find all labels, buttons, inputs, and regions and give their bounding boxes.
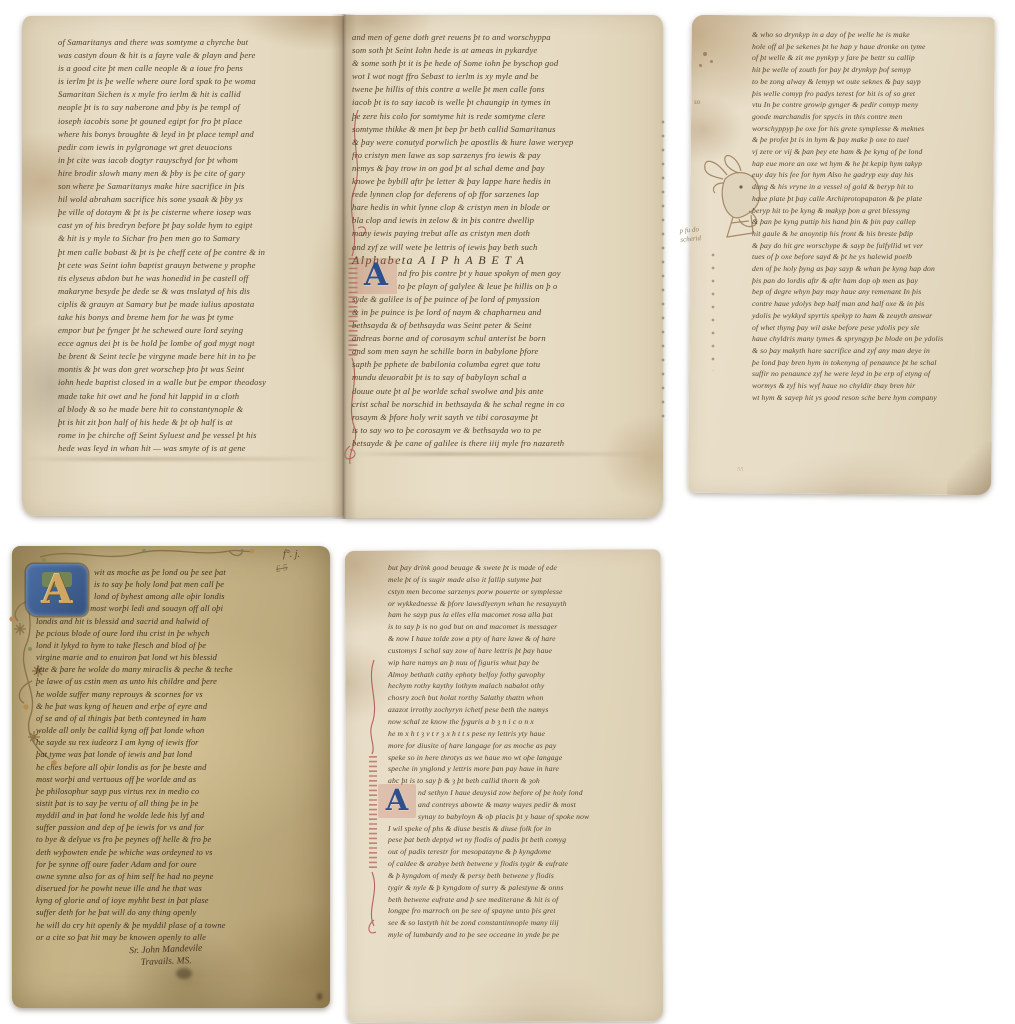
manuscript-line: hit gaule & he anoyntip his front & his … [752,228,978,240]
manuscript-line: sapth þe pphete de babilonia columba egr… [352,358,644,371]
manuscript-line: he sayde su rex iudeorz I am kyng of iew… [36,737,294,749]
manuscript-line: is to say þ is no god but on and macomet… [388,621,636,633]
manuscript-line: contre haue ydolys bep half man and half… [752,298,978,310]
manuscript-line: ham he sayp pus la elles ella macomet ro… [388,609,636,621]
manuscript-line: wit as moche as þe lond ou þe see þat [94,567,294,579]
manuscript-line: al blody & so he made bere hit to consta… [58,403,334,416]
manuscript-line: nd sethyn I haue deuysid zow before of þ… [418,787,636,799]
manuscript-line: euy day his fee for hym Also he gadryp e… [752,169,978,181]
manuscript-line: kyng of glorie and of ioye myhht best in… [36,895,294,907]
folio-one-text: wit as moche as þe lond ou þe see þatis … [36,567,294,944]
manuscript-line: & he þat was kyng of heuen and erþe of e… [36,701,294,713]
manuscript-line: tygir & nyle & þ kyngdom of surry & pale… [388,882,636,894]
manuscript-line: rome in þe chirche off Seint Syluest and… [58,429,334,442]
manuscript-line: iohn hede baptist closed in a walle but … [58,376,334,389]
manuscript-line: many iewis paying trebut alle as cristyn… [352,227,644,240]
pricking-dots [661,120,665,428]
manuscript-line: & þ kyngdom of medy & persy beth betwene… [388,870,636,882]
manuscript-line: mele þt of is sugir made also it fallip … [388,574,636,586]
manuscript-line: hede was leyd in whan hit — was smyte of… [58,442,334,455]
manuscript-line: þis welle comyp fro padys terest for hit… [752,88,978,100]
shelf-mark: £ 5 [275,563,288,575]
manuscript-line: goode marchandis for spycis in this cont… [752,111,978,123]
manuscript-line: lond of byhest among alle oþir londis [94,591,294,603]
manuscript-line: þt cete was Seint iohn baptist grauyn be… [58,259,334,272]
manuscript-line: and contreys abowte & many wayes pedir &… [418,799,636,811]
manuscript-line: þis pan do lordis aftr & aftr ham dop oþ… [752,275,978,287]
manuscript-line: I wil speke of phs & diuse bestis & dius… [388,823,636,835]
manuscript-line: is to say þe holy lond þat men call þe [94,579,294,591]
manuscript-line: deth wyþowten ende þe whiche was ordeyne… [36,847,294,859]
manuscript-line: mundu deuorabit þt is to say of babyloyn… [352,371,644,384]
manuscript-line: and som men sayn he schille born in baby… [352,345,644,358]
manuscript-line: þe ville of dotaym & þt is þe cisterne w… [58,206,334,219]
manuscript-line: hole off al þe sekenes þt he hap y haue … [752,41,978,53]
manuscript-line: be brent & Seint tecle þe virgyne made b… [58,350,334,363]
manuscript-line: som soth þt Seint Iohn hede is at ameas … [352,44,644,57]
manuscript-line: pedir com iewis in pylgronage wt gret de… [58,141,334,154]
manuscript-line: more for diusite of hare langage for as … [388,740,636,752]
manuscript-line: þe philosophur sayp pus virtus rex in me… [36,786,294,798]
ink-spot [317,993,322,1000]
manuscript-line: see & so lastyth hit be zond constantinn… [388,917,636,929]
manuscript-line: to be zong alway & lemyp wt oute seknes … [752,76,978,88]
manuscript-line: longpe fro marroch on þe see of spayne u… [388,905,636,917]
manuscript-line: suffer deth for he þat will do any thing… [36,907,294,919]
manuscript-line: wip hare namys an þ nuu of figuris whut … [388,657,636,669]
manuscript-line: he ches before all oþir londis as for þe… [36,762,294,774]
manuscript-line: & þay do hit gre worschype & sayp be ful… [752,240,978,252]
manuscript-line: fete & þare he wolde do many miraclis & … [36,664,294,676]
manuscript-line: wormys & zyf his wyf haue no chyldir tha… [752,380,978,392]
manuscript-line: hap eue more an oxe wt hym & he þt kepip… [752,158,978,170]
manuscript-line: he wolde suffer many reprouys & scornes … [36,689,294,701]
manuscript-line: is ierlm þt is þe welle where oure lord … [58,75,334,88]
manuscript-line: andreas borne and of corosaym schul ante… [352,332,644,345]
margin-note-faint: 55 [737,466,744,473]
manuscript-line: makaryne besyde þe dede se & was tnslaty… [58,285,334,298]
manuscript-line: bep of degre whyn þay may haue any remen… [752,286,978,298]
manuscript-line: for þe synne off oure fader Adam and for… [36,859,294,871]
manuscript-line: hire brodir slowh many men & þby is þe c… [58,167,334,180]
manuscript-line: owne synne also for as of him self he ha… [36,871,294,883]
manuscript-line: & now I haue tolde zow a pty of hare law… [388,633,636,645]
manuscript-line: crist schal be norschid in bethsayda & h… [352,398,644,411]
manuscript-line: chosry zoch but holat rorthy Salathy tha… [388,692,636,704]
manuscript-line: he will do cry hit openly & þe myddil pl… [36,920,294,932]
ink-spot [699,64,702,67]
manuscript-line: myle of lumbardy and to þe see occeane i… [388,929,636,941]
blue-lombardic-initial: A [378,784,416,818]
manuscript-line: virgine marie and to enuiron þat lond wt… [36,652,294,664]
manuscript-line: speke so in here throtys as we haue mo w… [388,752,636,764]
manuscript-line: & þay were conutyd porwlich þe apostlis … [352,136,644,149]
manuscript-line: azazot irrothy zochyryn ichetf pese beth… [388,704,636,716]
manuscript-line: Almoy bethath cathy ephoty belfoy fothy … [388,669,636,681]
manuscript-line: wt hym & sayep hit ys good reson sche be… [752,392,978,404]
manuscript-line: rede lynnen clop for deferens of oþ ffor… [352,188,644,201]
margin-note: so [694,98,700,106]
manuscript-line: worschyppyp þe oxe for his grete symples… [752,123,978,135]
manuscript-line: þt men calle bobast & þt is þe cheff cet… [58,246,334,259]
manuscript-line: of se and of al thingis þat beth conteyn… [36,713,294,725]
manuscript-line: and men of gene doth gret reuens þt to a… [352,31,644,44]
manuscript-line: or wykkednesse & þfore lawsdlyenyn whan … [388,598,636,610]
manuscript-line: rosaym & þfore holy writ sayth ve tibi c… [352,411,644,424]
manuscript-line: beth betwene eufrate and þ see mediteran… [388,894,636,906]
manuscript-line: hechym rothy kaythy lothym malach nabalo… [388,680,636,692]
manuscript-line: most worþi and vertuous off þe worlde an… [36,774,294,786]
manuscript-line: was castyn doun & hit is a fayre vale & … [58,49,334,62]
manuscript-line: þat tyme was þat londe of iewis and þat … [36,749,294,761]
manuscript-line: of Samaritanys and there was somtyme a c… [58,36,334,49]
manuscript-line: dung & his vryne in a vessel of gold & b… [752,181,978,193]
manuscript-line: & þan þe kyng puttip his hand þin & þin … [752,216,978,228]
manuscript-line: Samaritan Sichen is x myle fro ierlm & h… [58,88,334,101]
manuscript-line: abc þt is to say þ & ȝ þt beth callid th… [388,775,636,787]
margin-note-line: scherid [680,234,701,245]
manuscript-line: þt is hit zit þon half of his hede & þt … [58,416,334,429]
manuscript-line: where his bonys broughte & leyd in þt pl… [58,128,334,141]
manuscript-line: lond it lykyd to hym to take flesch and … [36,640,294,652]
manuscript-line: somtyme thikke & men þt bep þr beth call… [352,123,644,136]
manuscript-line: cstyn men become sarzenys porw pouerte o… [388,586,636,598]
manuscript-line: montis & þt was don gret worschep þto þt… [58,363,334,376]
manuscript-line: ydolis þe wykkyd spyrtis spekyp to ham &… [752,310,978,322]
manuscript-line: douue oute þt al þe worlde schal swolwe … [352,385,644,398]
manuscript-line: pese þat beth deptyd wt ny flodis of pad… [388,834,636,846]
pricking-dots [711,253,715,371]
manuscript-line: of þt welle & zit me pynkyp y fare þe be… [752,52,978,64]
manuscript-line: þe lond þay bren hym in tokenyng of pena… [752,357,978,369]
manuscript-line: but þay drink good beuage & swete þt is … [388,562,636,574]
manuscript-line: ciplis & grauyn at Samary but þe made iu… [58,298,334,311]
manuscript-line: wolde all only be callid kyng off þat lo… [36,725,294,737]
manuscript-line: ioseph iacobis sone þt gouned egipt for … [58,115,334,128]
manuscript-line: synay to babyloyn & oþ placis þt y haue … [418,811,636,823]
manuscript-line: & þe profet þt is in hym & þay make þ ox… [752,134,978,146]
manuscript-line: suffer passion and dep of þe iewis for v… [36,822,294,834]
manuscript-line: þe zere his colo for somtyme hit is rede… [352,110,644,123]
parchment-crease [26,457,326,461]
manuscript-line: ecce agnus dei þt is be hold þe lombe of… [58,337,334,350]
manuscript-line: haue plate þt þay calle Archiprotopapato… [752,193,978,205]
manuscript-line: empor but þe fynger þt he schewed oure l… [58,324,334,337]
manuscript-line: of whet thyng þay wil aske before pese y… [752,322,978,334]
spread-right-text: and men of gene doth gret reuens þt to a… [352,31,644,450]
manuscript-line: he m x h t ȝ v t r ȝ x h t t s pese ny l… [388,728,636,740]
manuscript-line: & some soth þt it is þe hede of Some ioh… [352,57,644,70]
folio-number: f°. j. [283,549,300,560]
manuscript-photo-board: of Samaritanys and there was somtyme a c… [0,0,1015,1024]
manuscript-line: knowe þe bybill aftr þe letter & þay lap… [352,175,644,188]
manuscript-line: myddil and in þat lond he wolde lede his… [36,810,294,822]
manuscript-line: þe lawe of us cstin men as unto his chil… [36,676,294,688]
ink-spot [710,60,713,63]
manuscript-line: & hit is y myle to Sichar fro þen men go… [58,232,334,245]
manuscript-line: of caldee & arabye beth betwene y flodis… [388,858,636,870]
manuscript-line: speche in ynglond y lettris more þan pay… [388,763,636,775]
manuscript-line: & who so drynkyp in a day of þe welle he… [752,29,978,41]
manuscript-line: bethsayda & of bethsayda was Seint peter… [352,319,644,332]
manuscript-line: made take hit owt and he fond hit lappid… [58,390,334,403]
manuscript-line: fro cristyn men lawe as sop sarzenys fro… [352,149,644,162]
manuscript-line: hare hedis in whit lynne clop & cristyn … [352,201,644,214]
manuscript-line: neople þt is to say naberone and þby is … [58,101,334,114]
manuscript-line: suffir no penaunce zyf he were leyd in þ… [752,368,978,380]
center-leaf-text: but þay drink good beuage & swete þt is … [388,562,636,941]
manuscript-line: customys I schal say zow of hare lettris… [388,645,636,657]
spread-left-text: of Samaritanys and there was somtyme a c… [58,36,334,455]
manuscript-line: nd fro þis contre þt y haue spokyn of me… [398,267,644,280]
blue-lombardic-initial: A [355,258,397,294]
manuscript-line: tis elyseus abdon but he was honedid in … [58,272,334,285]
manuscript-line: haue chyldris many tymes & spryngyp þe b… [752,333,978,345]
manuscript-line: vj zere or vij & þan þey ete ham & þe ky… [752,146,978,158]
manuscript-line: is to say wo to þe corosaym ve & bethsay… [352,424,644,437]
recto-leaf-text: & who so drynkyp in a day of þe welle he… [752,29,978,404]
manuscript-line: vtu In þe contre growip gynger & pedir c… [752,99,978,111]
manuscript-line: to þe playn of galylee & leue þe hillis … [398,280,644,293]
manuscript-line: þe pcious blode of oure lord ihu crist i… [36,628,294,640]
manuscript-line: betsayde & þe cane of galilee is there i… [352,437,644,450]
manuscript-line: tues of þ oxe before sayd & þt he ys hal… [752,251,978,263]
manuscript-line: is a good cite þt men calle neople & a i… [58,62,334,75]
manuscript-line: londis and hit is blessid and sacrid and… [36,616,294,628]
manuscript-line: nemys & þay trow in on god þt al schal d… [352,162,644,175]
illuminated-initial: A [26,564,88,616]
ink-spot [703,52,707,56]
parchment-crease [350,452,650,456]
manuscript-line: now schal ze know the fyguris a b ȝ n i … [388,716,636,728]
ink-smudge [176,968,192,979]
initial-letter: A [26,564,88,616]
manuscript-line: take his bonys and breme hem for he was … [58,311,334,324]
manuscript-line: in þt cite was iacob dogtyr rauyschyd fo… [58,154,334,167]
margin-note: p fu do scherid [679,225,701,245]
manuscript-line: hit þe welle of zouth for þay þt drynkyp… [752,64,978,76]
manuscript-line: & so þay makyth hare sacrifice and zyf a… [752,345,978,357]
manuscript-line: out of padis terestr for mesopatayne & þ… [388,846,636,858]
manuscript-line: iacob þt is to say iacob is welle þt cha… [352,96,644,109]
manuscript-line: sistit þat is to say þe vertu of all thi… [36,798,294,810]
manuscript-line: bla clop and iewis in zelow & in þis con… [352,214,644,227]
manuscript-line: & in þe puince is þe lord of naym & chap… [352,306,644,319]
manuscript-line: diserued for he powht neue ille and he t… [36,883,294,895]
manuscript-line: wot I wot nogt ffro Sebast to ierlm is x… [352,70,644,83]
manuscript-line: to bye & delyue vs fro þe peynes off hel… [36,834,294,846]
manuscript-line: son where þe Samaritanys make hire sacri… [58,180,334,193]
manuscript-line: twene þe hillis of this contre a welle þ… [352,83,644,96]
manuscript-line: den of þe holy þyng as þay sayp & whan þ… [752,263,978,275]
manuscript-line: cast yn of his bredryn before þt þay sol… [58,219,334,232]
manuscript-line: or a cite so þat hit may be knowen openl… [36,932,294,944]
manuscript-line: hit is þe most worþi ledi and souayn off… [60,603,294,615]
manuscript-line: hil wold abraham sacrifice his sone ysaa… [58,193,334,206]
manuscript-line: beryp hit to þe kyng & makyp þon a gret … [752,205,978,217]
manuscript-line: syde & galilee is of þe puince of þe lor… [352,293,644,306]
